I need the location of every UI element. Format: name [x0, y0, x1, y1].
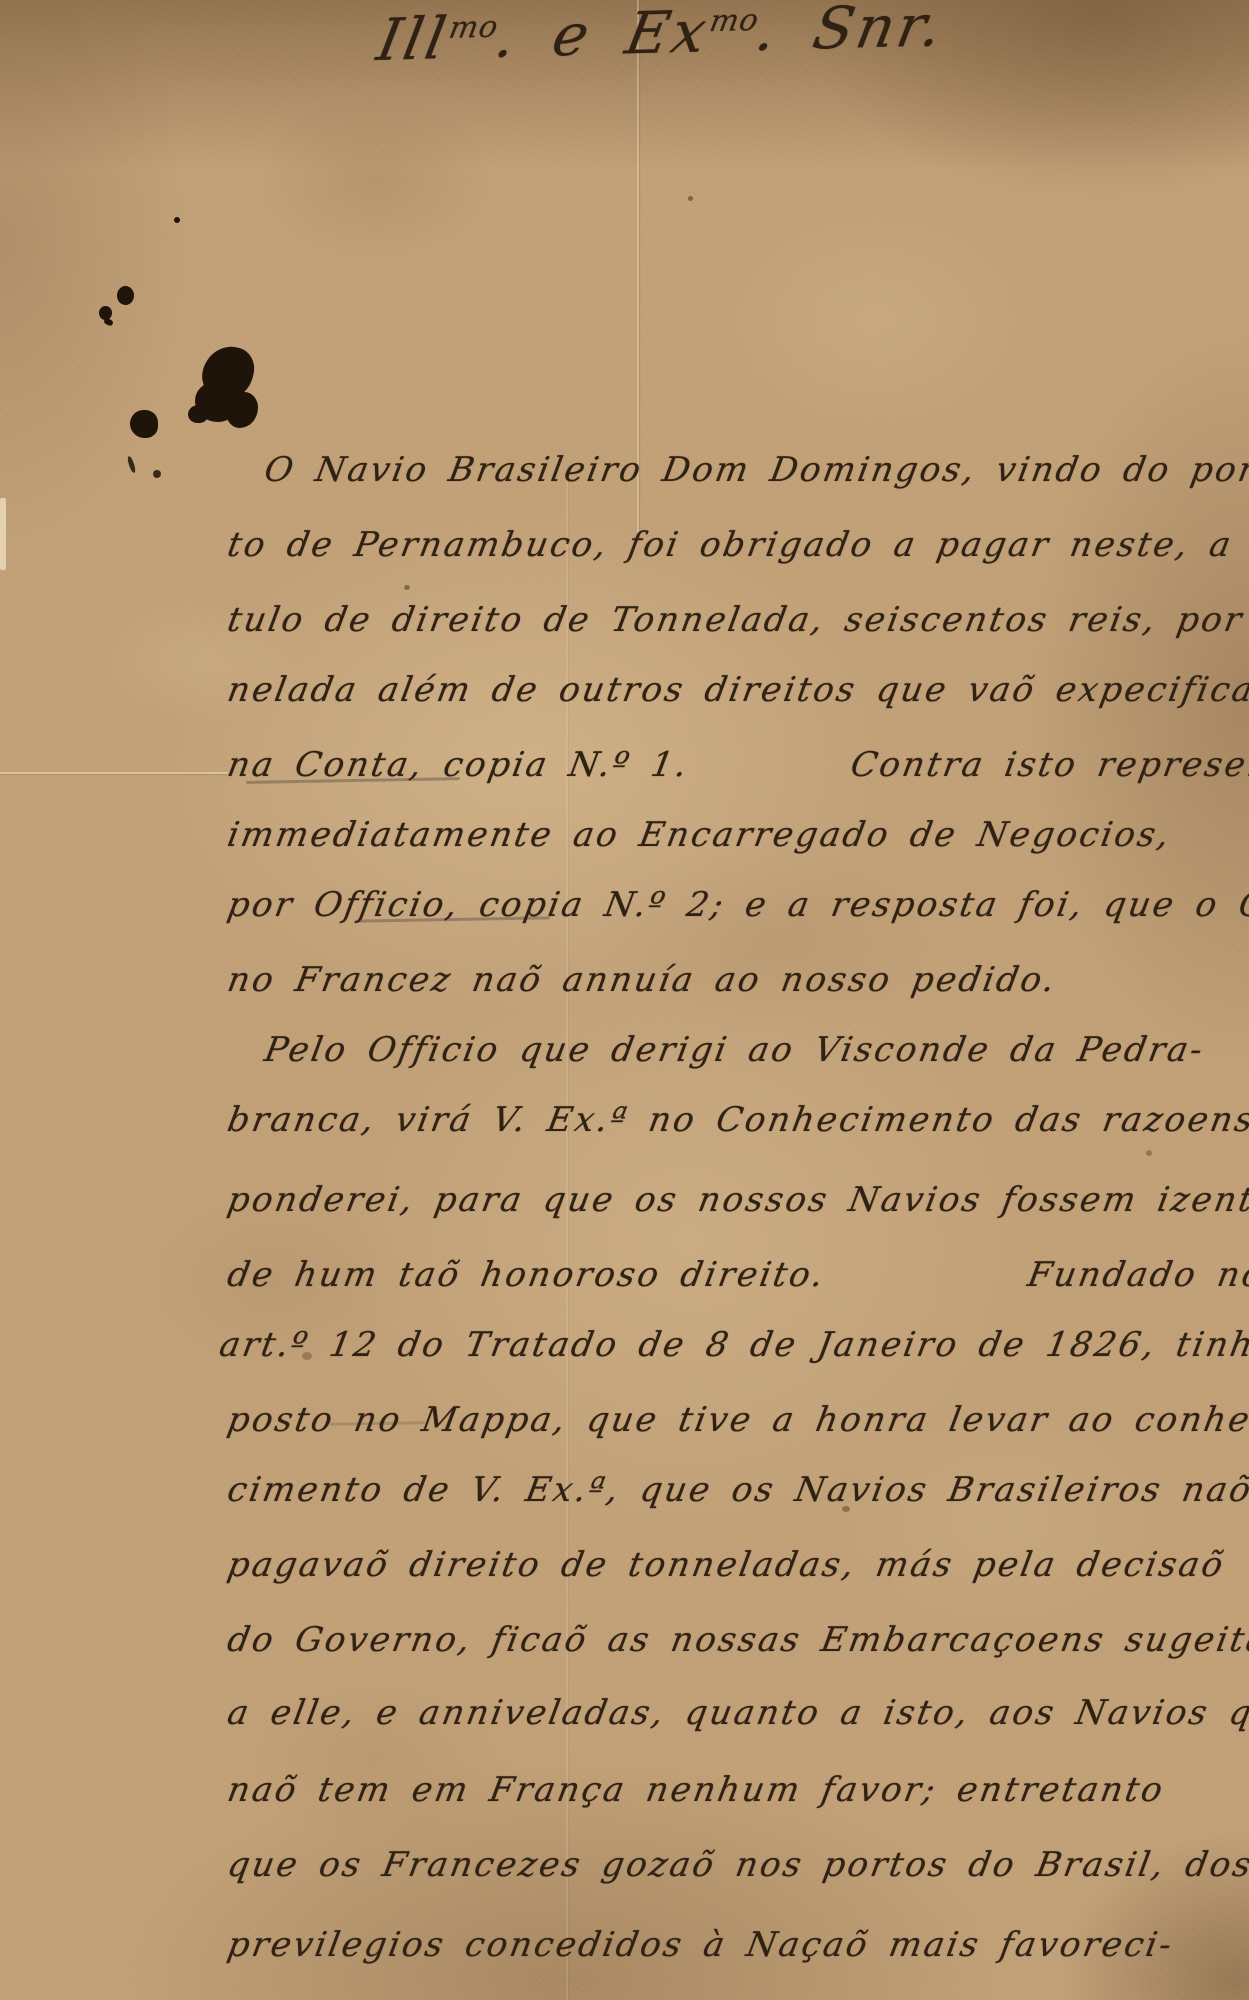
ink-blot: [130, 410, 158, 438]
salutation-superscript: mo: [707, 3, 762, 39]
salutation: Illmo. e Exmo. Snr.: [372, 0, 948, 74]
manuscript-line: O Navio Brasileiro Dom Domingos, vindo d…: [262, 453, 1249, 487]
salutation-text: . Snr.: [751, 0, 950, 64]
paper-speck: [1146, 1150, 1152, 1156]
manuscript-line: immediatamente ao Encarregado de Negocio…: [225, 818, 1174, 852]
manuscript-line: tulo de direito de Tonnelada, seiscentos…: [225, 603, 1249, 637]
manuscript-line: previlegios concedidos à Naçaõ mais favo…: [225, 1928, 1176, 1962]
manuscript-line: branca, virá V. Ex.ª no Conhecimento das…: [225, 1103, 1249, 1137]
manuscript-line: na Conta, copia N.º 1. Contra isto repre…: [225, 748, 1249, 782]
manuscript-line: por Officio, copia N.º 2; e a resposta f…: [225, 888, 1249, 922]
salutation-superscript: mo: [446, 10, 501, 46]
ink-mark: [153, 470, 161, 478]
ink-blot: [226, 392, 258, 428]
manuscript-line: ponderei, para que os nossos Navios foss…: [225, 1183, 1249, 1217]
manuscript-line: que os Francezes gozaõ nos portos do Bra…: [225, 1848, 1249, 1882]
manuscript-line: do Governo, ficaõ as nossas Embarcaçoens…: [225, 1623, 1249, 1657]
manuscript-page: Illmo. e Exmo. Snr. O Navio Brasileiro D…: [0, 0, 1249, 2000]
ink-mark: [126, 456, 136, 474]
manuscript-line: no Francez naõ annuía ao nosso pedido.: [225, 963, 1059, 997]
manuscript-line: a elle, e anniveladas, quanto a isto, ao…: [225, 1696, 1249, 1730]
manuscript-line: posto no Mappa, que tive a honra levar a…: [225, 1403, 1249, 1437]
paper-edge-tear: [0, 498, 6, 570]
fold-crease-horizontal: [0, 772, 228, 774]
manuscript-line: naõ tem em França nenhum favor; entretan…: [225, 1773, 1167, 1807]
manuscript-line: de hum taõ honoroso direito. Fundado no: [225, 1258, 1249, 1292]
paper-speck: [404, 585, 410, 590]
paper-speck: [688, 196, 693, 201]
manuscript-line: nelada além de outros direitos que vaõ e…: [225, 673, 1249, 707]
ink-speck: [174, 217, 180, 223]
ink-blot: [188, 405, 208, 423]
manuscript-line: art.º 12 do Tratado de 8 de Janeiro de 1…: [217, 1328, 1249, 1362]
ink-blot: [103, 317, 114, 326]
manuscript-line: Pelo Officio que derigi ao Visconde da P…: [262, 1033, 1207, 1067]
ink-blot: [117, 286, 134, 305]
salutation-text: . e Ex: [490, 0, 714, 71]
manuscript-line: pagavaõ direito de tonneladas, más pela …: [225, 1548, 1228, 1582]
manuscript-line: to de Pernambuco, foi obrigado a pagar n…: [225, 528, 1249, 562]
manuscript-line: cimento de V. Ex.ª, que os Navios Brasil…: [225, 1473, 1249, 1507]
salutation-text: Ill: [372, 4, 454, 74]
